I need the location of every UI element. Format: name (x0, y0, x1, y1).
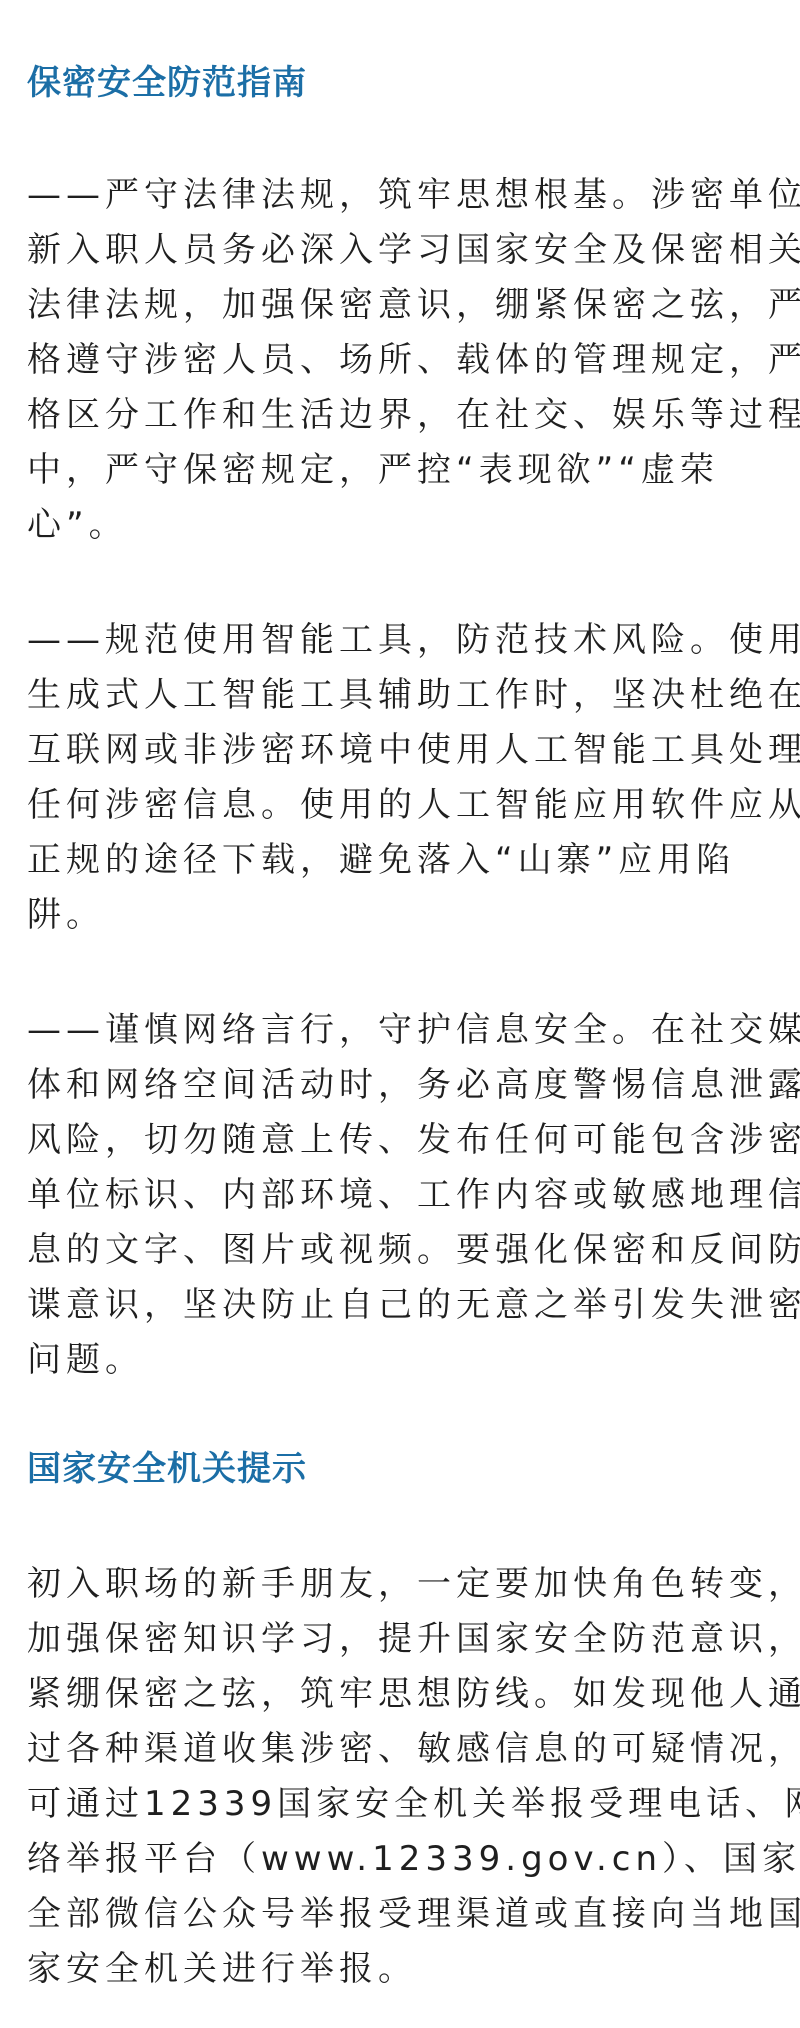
section-heading-tips: 国家安全机关提示 (27, 1449, 307, 1489)
text-line: 格遵守涉密人员、场所、载体的管理规定，严 (27, 333, 777, 388)
text-line: ——规范使用智能工具，防范技术风险。使用 (27, 613, 777, 668)
text-line: 阱。 (27, 888, 777, 943)
text-line: 络举报平台（www.12339.gov.cn）、国家安 (27, 1832, 777, 1887)
text-line: 紧绷保密之弦，筑牢思想防线。如发现他人通 (27, 1667, 777, 1722)
text-line: 体和网络空间活动时，务必高度警惕信息泄露 (27, 1058, 777, 1113)
text-line: 格区分工作和生活边界，在社交、娱乐等过程 (27, 388, 777, 443)
text-line: 新入职人员务必深入学习国家安全及保密相关 (27, 223, 777, 278)
text-line: 问题。 (27, 1333, 777, 1388)
text-line: 加强保密知识学习，提升国家安全防范意识， (27, 1612, 777, 1667)
text-line: 息的文字、图片或视频。要强化保密和反间防 (27, 1223, 777, 1278)
text-line: 过各种渠道收集涉密、敏感信息的可疑情况， (27, 1722, 777, 1777)
text-line: 生成式人工智能工具辅助工作时，坚决杜绝在 (27, 668, 777, 723)
text-line: ——谨慎网络言行，守护信息安全。在社交媒 (27, 1003, 777, 1058)
paragraph-reporting-tips: 初入职场的新手朋友，一定要加快角色转变， 加强保密知识学习，提升国家安全防范意识… (27, 1557, 777, 1997)
paragraph-legal-compliance: ——严守法律法规，筑牢思想根基。涉密单位 新入职人员务必深入学习国家安全及保密相… (27, 168, 777, 553)
section-heading-guide: 保密安全防范指南 (27, 63, 307, 103)
text-line: ——严守法律法规，筑牢思想根基。涉密单位 (27, 168, 777, 223)
paragraph-ai-tools: ——规范使用智能工具，防范技术风险。使用 生成式人工智能工具辅助工作时，坚决杜绝… (27, 613, 777, 943)
text-line: 可通过12339国家安全机关举报受理电话、网 (27, 1777, 777, 1832)
text-line: 全部微信公众号举报受理渠道或直接向当地国 (27, 1887, 777, 1942)
text-line: 风险，切勿随意上传、发布任何可能包含涉密 (27, 1113, 777, 1168)
text-line: 心”。 (27, 498, 777, 553)
text-line: 任何涉密信息。使用的人工智能应用软件应从 (27, 778, 777, 833)
text-line: 互联网或非涉密环境中使用人工智能工具处理 (27, 723, 777, 778)
text-line: 正规的途径下载，避免落入“山寨”应用陷 (27, 833, 777, 888)
text-line: 谍意识，坚决防止自己的无意之举引发失泄密 (27, 1278, 777, 1333)
text-line: 家安全机关进行举报。 (27, 1942, 777, 1997)
text-line: 法律法规，加强保密意识，绷紧保密之弦，严 (27, 278, 777, 333)
text-line: 中，严守保密规定，严控“表现欲”“虚荣 (27, 443, 777, 498)
text-line: 单位标识、内部环境、工作内容或敏感地理信 (27, 1168, 777, 1223)
paragraph-online-conduct: ——谨慎网络言行，守护信息安全。在社交媒 体和网络空间活动时，务必高度警惕信息泄… (27, 1003, 777, 1388)
text-line: 初入职场的新手朋友，一定要加快角色转变， (27, 1557, 777, 1612)
